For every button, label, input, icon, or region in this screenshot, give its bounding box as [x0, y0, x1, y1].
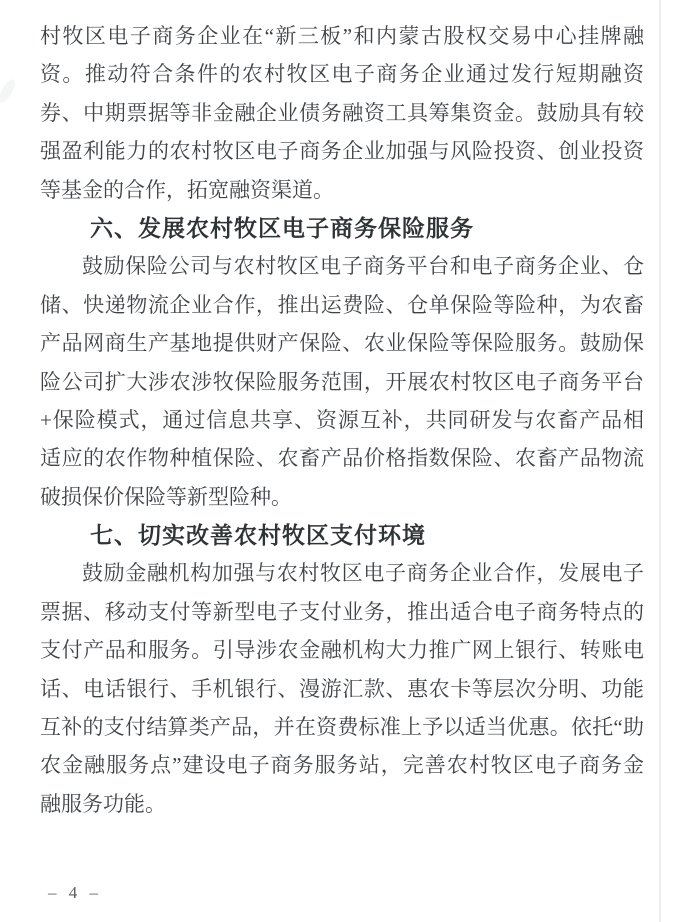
text-line: 适应的农作物种植保险、农畜产品价格指数保险、农畜产品物流 [40, 439, 644, 477]
text-line: 储、快递物流企业合作，推出运费险、仓单保险等险种，为农畜 [40, 286, 644, 324]
text-line: 产品网商生产基地提供财产保险、农业保险等保险服务。鼓励保 [40, 324, 644, 362]
text-line: 等基金的合作，拓宽融资渠道。 [40, 171, 644, 209]
text-line: 险公司扩大涉农涉牧保险服务范围，开展农村牧区电子商务平台 [40, 363, 644, 401]
document-page: 村牧区电子商务企业在“新三板”和内蒙古股权交易中心挂牌融资。推动符合条件的农村牧… [0, 0, 675, 922]
section-heading: 七、切实改善农村牧区支付环境 [40, 516, 644, 554]
paragraph: 鼓励保险公司与农村牧区电子商务平台和电子商务企业、仓储、快递物流企业合作，推出运… [40, 247, 644, 516]
text-line: 融服务功能。 [40, 785, 644, 823]
text-line: 支付产品和服务。引导涉农金融机构大力推广网上银行、转账电 [40, 631, 644, 669]
text-line: 村牧区电子商务企业在“新三板”和内蒙古股权交易中心挂牌融 [40, 17, 644, 55]
text-line: 鼓励金融机构加强与农村牧区电子商务企业合作，发展电子 [40, 554, 644, 592]
text-line: 互补的支付结算类产品，并在资费标准上予以适当优惠。依托“助 [40, 708, 644, 746]
text-line: 券、中期票据等非金融企业债务融资工具筹集资金。鼓励具有较 [40, 94, 644, 132]
text-line: 资。推动符合条件的农村牧区电子商务企业通过发行短期融资 [40, 55, 644, 93]
text-line: 强盈利能力的农村牧区电子商务企业加强与风险投资、创业投资 [40, 132, 644, 170]
scan-artifact-line [659, 0, 661, 922]
paragraph: 村牧区电子商务企业在“新三板”和内蒙古股权交易中心挂牌融资。推动符合条件的农村牧… [40, 17, 644, 209]
section-heading: 六、发展农村牧区电子商务保险服务 [40, 209, 644, 247]
page-number: – 4 – [48, 883, 102, 903]
scan-smudge [0, 77, 18, 105]
text-line: 话、电话银行、手机银行、漫游汇款、惠农卡等层次分明、功能 [40, 670, 644, 708]
text-line: 农金融服务点”建设电子商务服务站，完善农村牧区电子商务金 [40, 746, 644, 784]
paragraph: 鼓励金融机构加强与农村牧区电子商务企业合作，发展电子票据、移动支付等新型电子支付… [40, 554, 644, 823]
text-line: +保险模式，通过信息共享、资源互补，共同研发与农畜产品相 [40, 401, 644, 439]
text-line: 鼓励保险公司与农村牧区电子商务平台和电子商务企业、仓 [40, 247, 644, 285]
text-line: 破损保价保险等新型险种。 [40, 478, 644, 516]
document-body: 村牧区电子商务企业在“新三板”和内蒙古股权交易中心挂牌融资。推动符合条件的农村牧… [40, 17, 644, 823]
text-line: 票据、移动支付等新型电子支付业务，推出适合电子商务特点的 [40, 593, 644, 631]
